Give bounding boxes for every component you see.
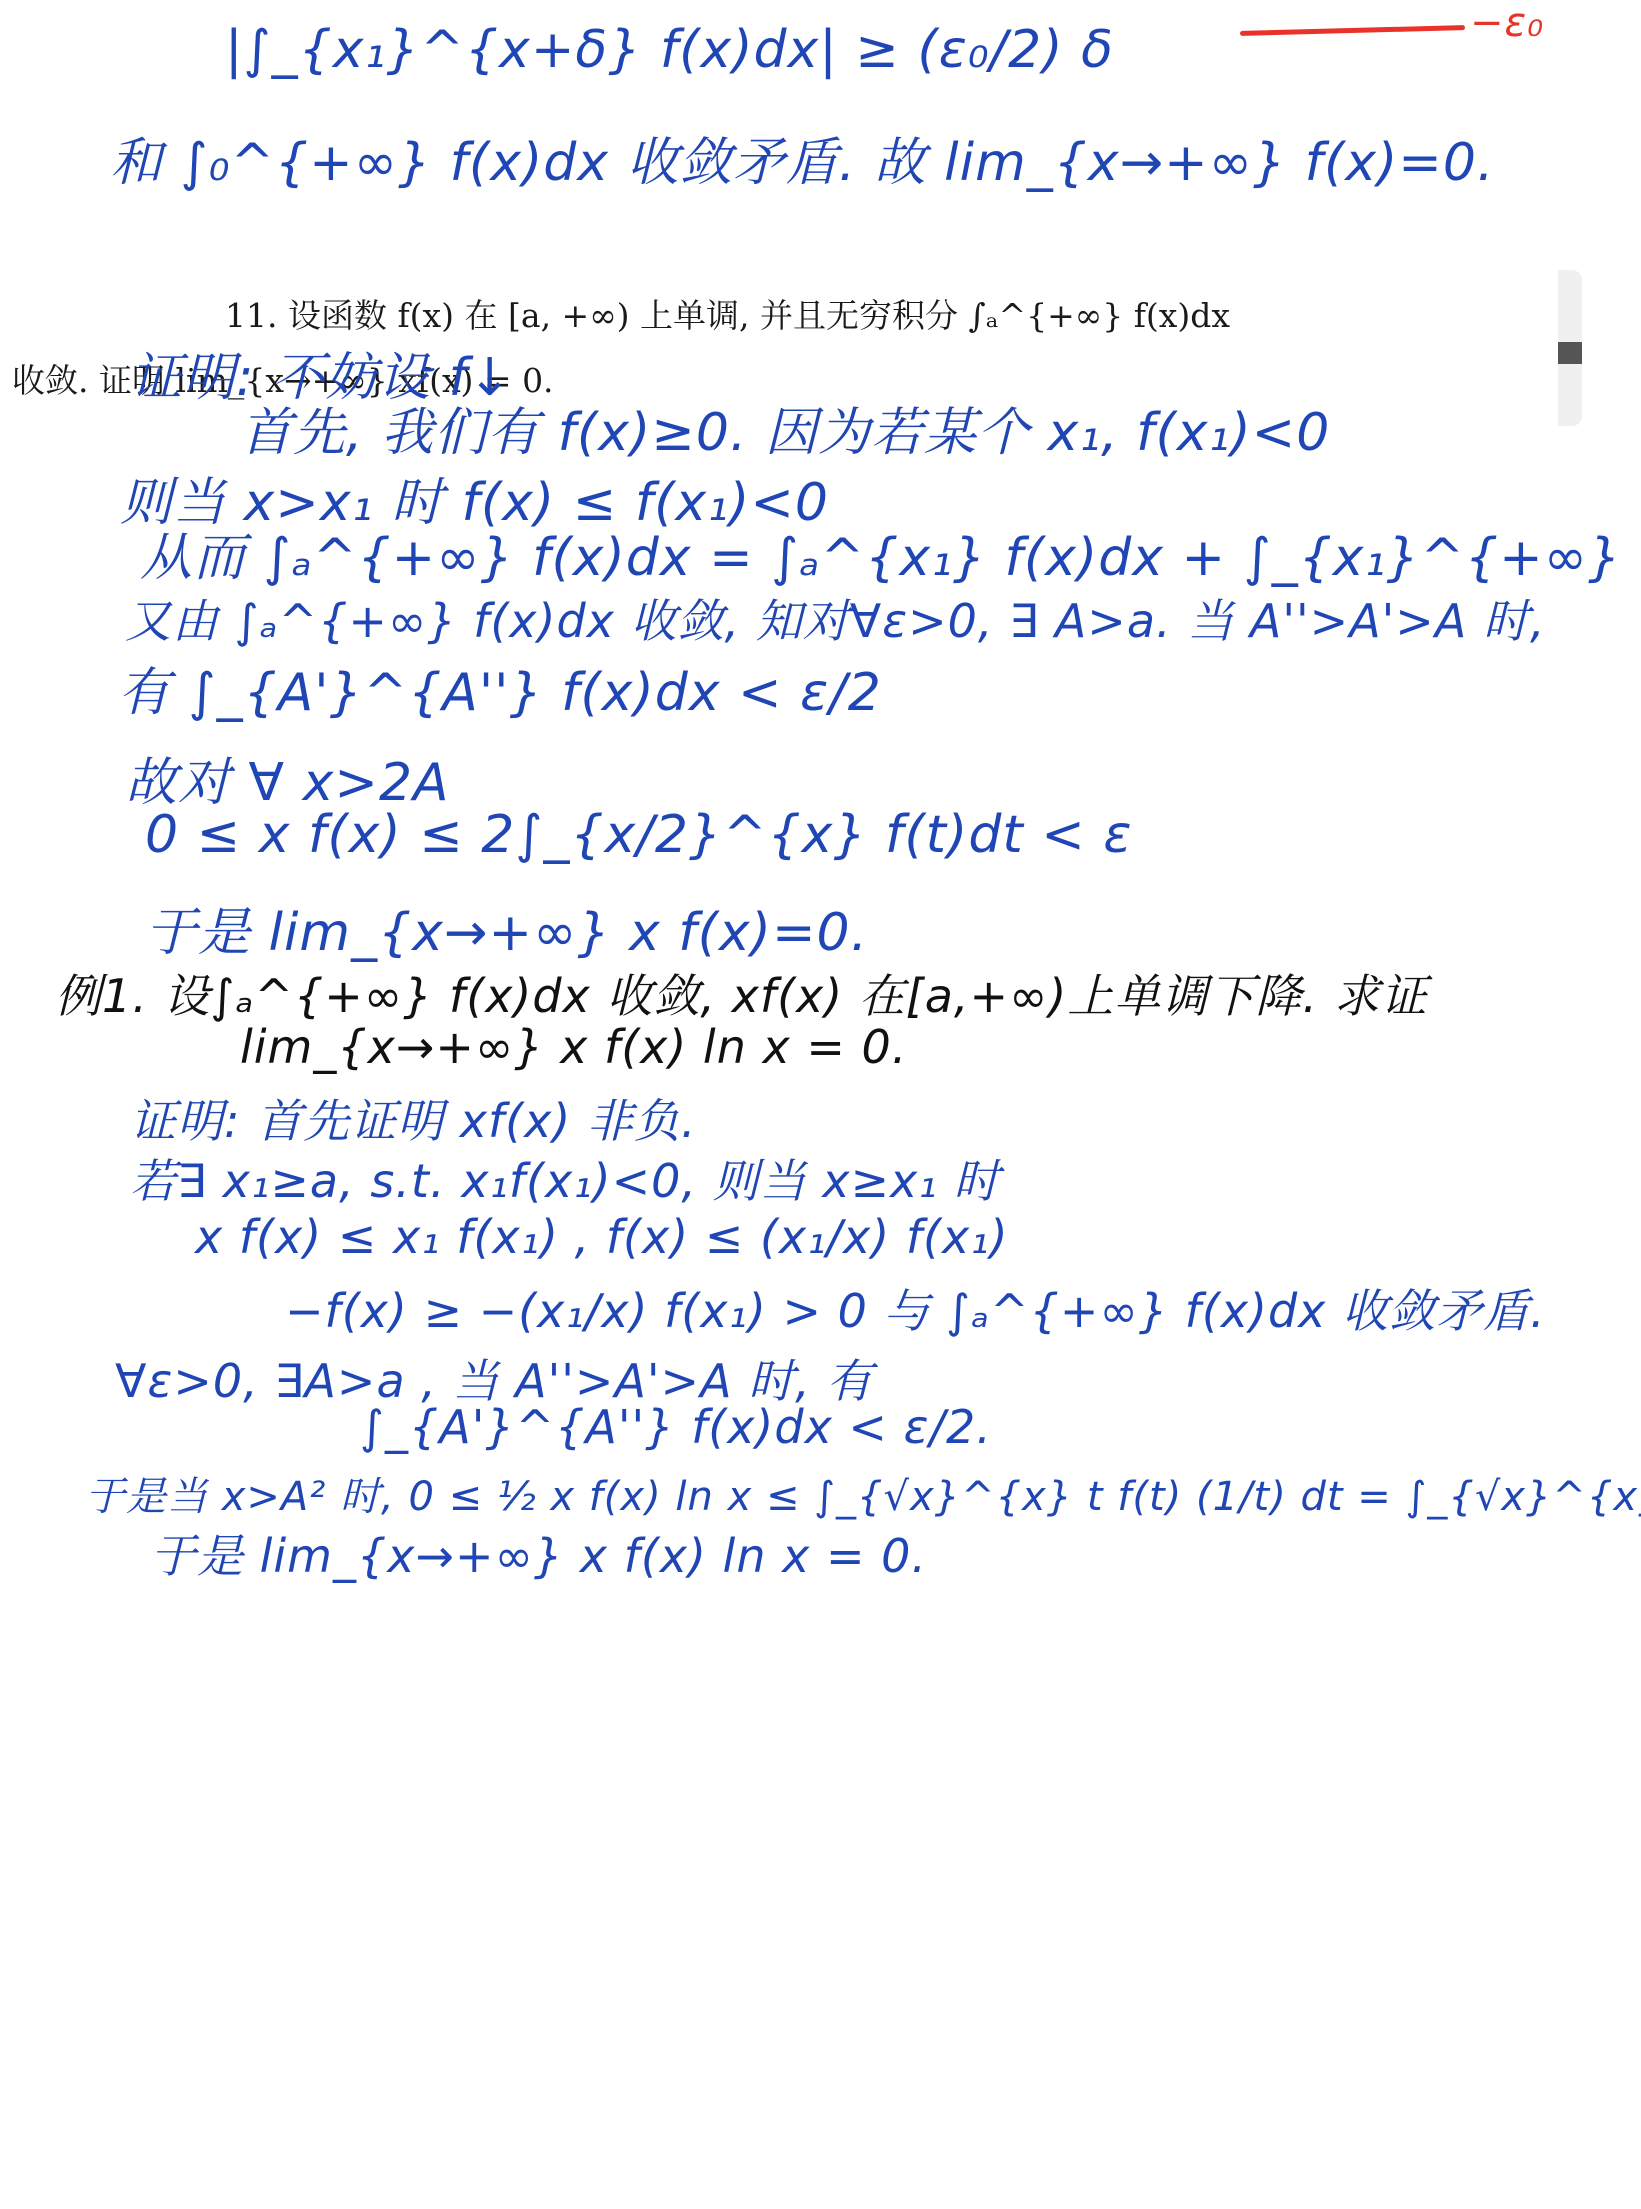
- proof1-line-6: 有 ∫_{A'}^{A''} f(x)dx < ε/2: [118, 650, 882, 725]
- proof2-line-6: ∫_{A'}^{A''} f(x)dx < ε/2.: [360, 1400, 992, 1454]
- printed-problem-line-1: 11. 设函数 f(x) 在 [a, +∞) 上单调, 并且无穷积分 ∫ₐ^{+…: [225, 290, 1230, 337]
- red-annotation-stroke: [1240, 25, 1465, 36]
- handwritten-conclusion: 和 ∫₀^{+∞} f(x)dx 收敛矛盾. 故 lim_{x→+∞} f(x)…: [110, 120, 1495, 195]
- handwritten-inequality: |∫_{x₁}^{x+δ} f(x)dx| ≥ (ε₀/2) δ: [225, 20, 1114, 80]
- proof1-line-8: 0 ≤ x f(x) ≤ 2∫_{x/2}^{x} f(t)dt < ε: [145, 805, 1132, 865]
- proof2-line-8: 于是 lim_{x→+∞} x f(x) ln x = 0.: [150, 1520, 927, 1586]
- clipping-scroll-thumb[interactable]: [1558, 342, 1582, 364]
- proof1-line-4: 从而 ∫ₐ^{+∞} f(x)dx = ∫ₐ^{x₁} f(x)dx + ∫_{…: [140, 515, 1641, 590]
- proof1-line-7: 故对 ∀ x>2A: [125, 740, 450, 815]
- clipping-scrollbar[interactable]: [1558, 270, 1582, 426]
- proof1-line-2: 首先, 我们有 f(x)≥0. 因为若某个 x₁, f(x₁)<0: [240, 390, 1330, 465]
- proof1-line-9: 于是 lim_{x→+∞} x f(x)=0.: [145, 890, 868, 965]
- proof2-line-1: 证明: 首先证明 xf(x) 非负.: [130, 1085, 697, 1151]
- proof2-line-2: 若∃ x₁≥a, s.t. x₁f(x₁)<0, 则当 x≥x₁ 时: [130, 1145, 1000, 1211]
- proof1-line-5: 又由 ∫ₐ^{+∞} f(x)dx 收敛, 知对∀ε>0, ∃ A>a. 当 A…: [125, 585, 1546, 651]
- example1-line-1: 例1. 设∫ₐ^{+∞} f(x)dx 收敛, xf(x) 在[a,+∞)上单调…: [55, 960, 1428, 1026]
- example1-line-2: lim_{x→+∞} x f(x) ln x = 0.: [240, 1020, 907, 1074]
- proof2-line-7: 于是当 x>A² 时, 0 ≤ ½ x f(x) ln x ≤ ∫_{√x}^{…: [85, 1465, 1641, 1522]
- red-annotation-label: −ε₀: [1470, 0, 1544, 46]
- proof2-line-3: x f(x) ≤ x₁ f(x₁) , f(x) ≤ (x₁/x) f(x₁): [195, 1210, 1009, 1264]
- proof2-line-4: −f(x) ≥ −(x₁/x) f(x₁) > 0 与 ∫ₐ^{+∞} f(x)…: [285, 1275, 1546, 1341]
